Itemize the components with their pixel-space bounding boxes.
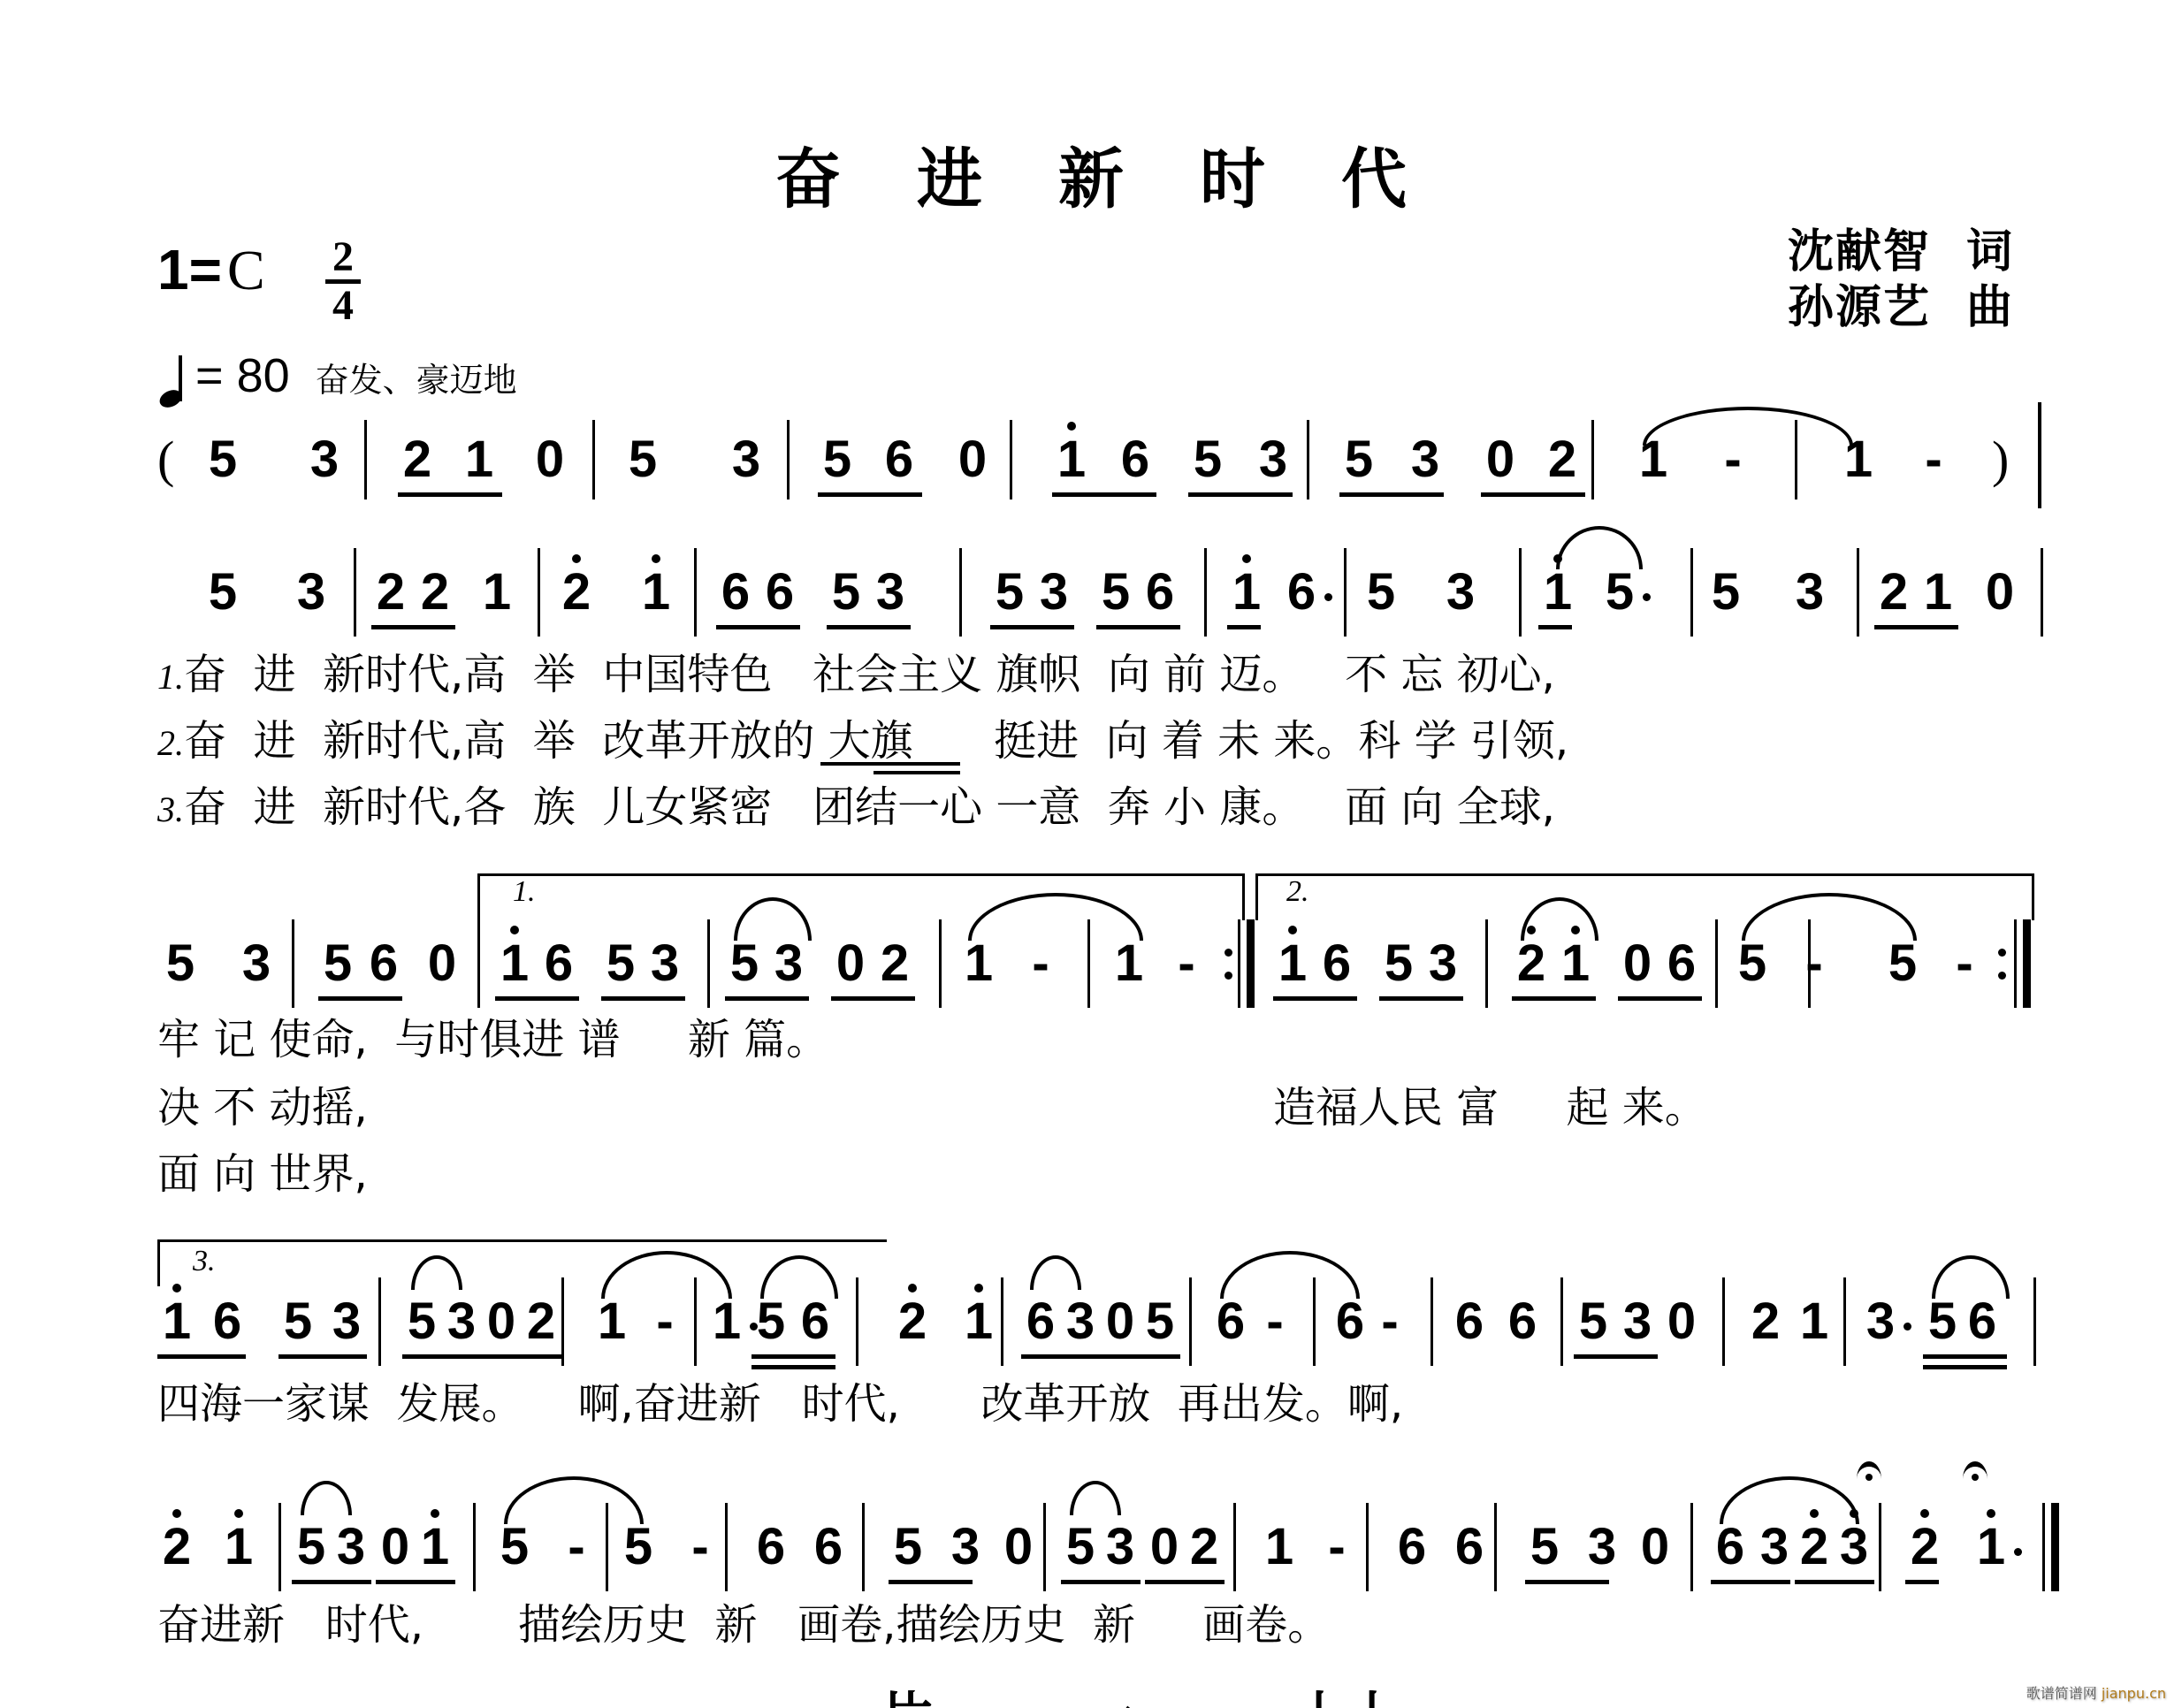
note-digit: 1 [965, 1292, 993, 1350]
note-digit: 5 [1579, 1292, 1607, 1350]
note: 1 [1538, 561, 1577, 623]
note: 5 [1141, 1291, 1179, 1353]
note-digit: 0 [536, 431, 564, 488]
note-digit: 1 [225, 1518, 253, 1575]
note-digit: 5 [1712, 563, 1740, 621]
note: 2 [1795, 1516, 1834, 1578]
beam-underline [818, 492, 922, 497]
note: 6 [1450, 1291, 1489, 1353]
note-digit: 6 [1121, 431, 1149, 488]
slur-tie [1220, 1251, 1360, 1299]
octave-dot-icon [510, 926, 519, 934]
key-note: C [227, 239, 265, 301]
note-digit: 2 [421, 563, 449, 621]
note: 1 [1273, 933, 1312, 995]
open-paren: ( [157, 429, 174, 491]
note-digit: 2 [1548, 431, 1576, 488]
repeat-dot [1225, 972, 1232, 980]
note: 1 [1972, 1516, 2010, 1578]
note: 1 [1919, 561, 1957, 623]
barline [278, 1503, 281, 1591]
beam-underline [1512, 996, 1596, 1001]
note: 5 [601, 933, 640, 995]
note-digit: - [1178, 934, 1194, 992]
note-digit: 3 [447, 1292, 476, 1350]
barline [473, 1503, 476, 1591]
note-digit: 6 [1336, 1292, 1364, 1350]
barline [959, 548, 962, 637]
barline [1238, 919, 1240, 1008]
note-digit: 3 [1760, 1518, 1789, 1575]
beam-underline [1101, 1354, 1180, 1359]
note: 3 [1583, 1516, 1621, 1578]
note: 1 [1110, 933, 1148, 995]
octave-dot-icon [1920, 1509, 1929, 1518]
note-digit: 5 [1102, 563, 1130, 621]
note: 1 [707, 1291, 746, 1353]
barline [862, 1503, 865, 1591]
note-digit: 5 [1385, 934, 1413, 992]
note: 5 [161, 933, 200, 995]
note-digit: 1 [500, 934, 529, 992]
note-digit: 3 [774, 934, 803, 992]
note: 6 [1392, 1516, 1431, 1578]
lyrics-ending-3: 面 向 世界, [157, 1149, 368, 1199]
beam-underline [1379, 996, 1463, 1001]
note: 5 [1574, 1291, 1613, 1353]
note-digit: 1 [1561, 934, 1590, 992]
note-digit: 5 [166, 934, 195, 992]
note: 6 [760, 561, 799, 623]
note-digit: 3 [310, 431, 339, 488]
dash-sustain: - [1167, 933, 1206, 995]
beam-underline [1481, 492, 1585, 497]
note-digit: - [1381, 1292, 1398, 1350]
beam-underline [371, 625, 455, 629]
octave-dot-icon [974, 1284, 983, 1292]
note: 5 [402, 1291, 441, 1353]
dash-sustain: - [1945, 933, 1984, 995]
time-signature: 2 4 [325, 237, 361, 326]
beam-underline [318, 996, 402, 1001]
note-digit: 2 [1517, 934, 1545, 992]
note-digit: 3 [1040, 563, 1068, 621]
note-digit: 5 [209, 563, 237, 621]
beam-underline [751, 1354, 835, 1359]
lyricist-name: 沈献智 [1788, 225, 1931, 278]
verse-text: 奋 进 新时代,高 举 改革开放的 大旗 挺进 向 着 未 来。科 学 引领, [184, 716, 1568, 766]
lyricist-role: 词 [1966, 225, 2014, 278]
note: 5 [1733, 933, 1772, 995]
note-digit: 6 [370, 934, 398, 992]
note: 5 [751, 1291, 790, 1353]
beam-underline [1923, 1354, 2007, 1359]
note: 3 [237, 933, 276, 995]
beam-underline [1227, 625, 1261, 629]
note: 5 [1362, 561, 1400, 623]
barline [1560, 1277, 1563, 1366]
beam-underline [889, 1580, 973, 1584]
note-digit: - [1032, 934, 1049, 992]
beam-underline [1525, 1580, 1609, 1584]
note-digit: 6 [1026, 1292, 1055, 1350]
dash-sustain: - [1795, 933, 1834, 995]
note: 5 [725, 933, 764, 995]
augmentation-dot-icon [2014, 1548, 2022, 1556]
rest-note: 0 [423, 933, 462, 995]
note-digit: 2 [1911, 1518, 1939, 1575]
note-digit: - [1956, 934, 1972, 992]
note-digit: - [1328, 1518, 1345, 1575]
note: 5 [1096, 561, 1135, 623]
beam-underline [716, 625, 800, 629]
note-digit: 6 [814, 1518, 843, 1575]
note: 6 [1450, 1516, 1489, 1578]
rest-note: 0 [1101, 1291, 1140, 1353]
barline [725, 1503, 728, 1591]
beam-underline [376, 1580, 455, 1584]
dash-sustain: - [1255, 1291, 1294, 1353]
note: 5 [990, 561, 1029, 623]
barline [1366, 1503, 1369, 1591]
note: 3 [332, 1516, 370, 1578]
note: 3 [442, 1291, 481, 1353]
note-digit: 1 [1800, 1292, 1828, 1350]
note: 6 [1503, 1291, 1542, 1353]
note-digit: 1 [1057, 431, 1086, 488]
barline [364, 420, 367, 499]
note-digit: 1 [465, 431, 493, 488]
note-digit: 3 [732, 431, 760, 488]
note-digit: 6 [1398, 1518, 1426, 1575]
cutoff-glyph: 片 [880, 1690, 933, 1708]
rest-note: 0 [1145, 1516, 1184, 1578]
note-digit: 3 [1066, 1292, 1095, 1350]
barline [1722, 1277, 1725, 1366]
note: 2 [398, 429, 437, 491]
note-digit: 5 [757, 1292, 785, 1350]
beam-underline [1711, 1580, 1790, 1584]
note-digit: 2 [1800, 1518, 1828, 1575]
note-digit: 0 [1486, 431, 1514, 488]
note-digit: 5 [832, 563, 860, 621]
note-digit: - [691, 1518, 708, 1575]
note-digit: 1 [713, 1292, 741, 1350]
barline [1344, 548, 1347, 637]
note-digit: 6 [1667, 934, 1696, 992]
dash-sustain: - [681, 1516, 720, 1578]
dash-sustain: - [557, 1516, 596, 1578]
tempo-marking: = 80 奋发、豪迈地 [156, 349, 517, 407]
time-sig-top: 2 [325, 237, 361, 278]
volta-bracket-1 [477, 873, 1245, 920]
beam-underline [725, 996, 809, 1001]
beam-underline [402, 1354, 482, 1359]
dash-sustain: - [1021, 933, 1060, 995]
note-digit: 6 [721, 563, 750, 621]
song-title: 奋进新时代 [0, 140, 2182, 219]
barline [1485, 919, 1488, 1008]
note-digit: 5 [1367, 563, 1395, 621]
volta-bracket-3 [157, 1239, 887, 1286]
repeat-dot [1225, 949, 1232, 957]
beam-underline [1273, 996, 1357, 1001]
watermark: 歌谱简谱网 jianpu.cn [2026, 1682, 2166, 1703]
beam-underline [292, 1580, 371, 1584]
rest-note: 0 [831, 933, 870, 995]
cutoff-glyph: 丨丨 [1293, 1690, 1399, 1708]
composer-role: 曲 [1966, 281, 2014, 334]
note: 6 [1021, 1291, 1060, 1353]
cutoff-glyph: 一 [1083, 1690, 1136, 1708]
beam-underline [827, 625, 911, 629]
rest-note: 0 [376, 1516, 415, 1578]
volta-number-1: 1. [513, 875, 536, 909]
note: 2 [522, 1291, 561, 1353]
note: 1 [477, 561, 516, 623]
beam-underline [482, 1354, 561, 1359]
note: 1 [1052, 429, 1091, 491]
note: 3 [1406, 429, 1445, 491]
note-digit: 5 [996, 563, 1024, 621]
barline [354, 548, 356, 637]
beam-underline [278, 1354, 367, 1359]
note-digit: 6 [766, 563, 794, 621]
note: 2 [1543, 429, 1582, 491]
note-digit: 5 [408, 1292, 436, 1350]
note-digit: 1 [483, 563, 511, 621]
octave-dot-icon [1242, 554, 1251, 563]
tempo-bpm: 80 [237, 349, 290, 402]
note: 5 [889, 1516, 927, 1578]
note: 2 [1185, 1516, 1224, 1578]
note-digit: 0 [958, 431, 987, 488]
note: 5 [1379, 933, 1418, 995]
note: 1 [592, 1291, 631, 1353]
note-digit: 0 [1641, 1518, 1669, 1575]
key-signature: 1=C [157, 239, 265, 301]
verse-text: 奋 进 新时代,高 举 中国特色 社会主义 旗帜 向 前 迈。 不 忘 初心, [184, 650, 1555, 699]
slur-tie [301, 1481, 352, 1515]
time-sig-bottom: 4 [325, 286, 361, 326]
barline [2042, 1503, 2045, 1591]
barline [1189, 1277, 1192, 1366]
note-digit: 1 [1265, 1518, 1293, 1575]
note: 2 [1746, 1291, 1785, 1353]
note-digit: 6 [1323, 934, 1351, 992]
note: 3 [1441, 561, 1480, 623]
lyrics-line-4: 奋进新 时代, 描绘历史 新 画卷,描绘历史 新 画卷。 [157, 1600, 1330, 1650]
note-digit: 0 [1986, 563, 2014, 621]
slur-tie [1030, 1255, 1081, 1290]
note: 5 [1188, 429, 1227, 491]
note: 1 [959, 1291, 998, 1353]
beam-underline [1574, 1354, 1658, 1359]
note-digit: 5 [1928, 1292, 1957, 1350]
note-digit: 3 [1259, 431, 1287, 488]
note-digit: - [656, 1292, 673, 1350]
rest-note: 0 [1618, 933, 1657, 995]
note-digit: 1 [598, 1292, 626, 1350]
rest-note: 0 [1481, 429, 1520, 491]
note-digit: 5 [1066, 1518, 1095, 1575]
beam-underline [601, 996, 685, 1001]
note: 5 [292, 1516, 331, 1578]
note: 5 [619, 1516, 658, 1578]
octave-dot-icon [572, 554, 581, 563]
beam-underline [1096, 625, 1180, 629]
slur-tie [1556, 526, 1643, 569]
beam-underline [990, 625, 1074, 629]
note-digit: 0 [428, 934, 456, 992]
note: 1 [495, 933, 534, 995]
octave-dot-icon [234, 1509, 243, 1518]
lyrics-ending-2: 决 不 动摇, [157, 1083, 368, 1132]
note-digit: 3 [1840, 1518, 1868, 1575]
note-digit: 0 [1623, 934, 1652, 992]
note-digit: 6 [757, 1518, 785, 1575]
fermata-icon [1857, 1461, 1881, 1479]
octave-dot-icon [1987, 1509, 1995, 1518]
note-digit: 2 [377, 563, 405, 621]
note-digit: 6 [1968, 1292, 1996, 1350]
barline [1857, 548, 1859, 637]
beam-underline [1874, 625, 1958, 629]
note-digit: 3 [1866, 1292, 1895, 1350]
verse-number: 2. [157, 723, 184, 763]
note-digit: 1 [421, 1518, 449, 1575]
note-digit: 2 [562, 563, 591, 621]
beam-underline [1339, 492, 1444, 497]
rest-note: 0 [953, 429, 992, 491]
octave-dot-icon [1067, 422, 1076, 431]
note: 5 [1061, 1516, 1100, 1578]
note-digit: 1 [1924, 563, 1952, 621]
note-digit: 1 [163, 1292, 191, 1350]
note-digit: 5 [284, 1292, 312, 1350]
barline [561, 1277, 564, 1366]
note-digit: 1 [1232, 563, 1261, 621]
barline [1204, 548, 1207, 637]
note: 6 [1317, 933, 1356, 995]
lyrics-verse-3: 3.奋 进 新时代,各 族 儿女紧密 团结一心 一意 奔 小 康。 面 向 全球… [157, 782, 1555, 835]
note-digit: 5 [1738, 934, 1766, 992]
note-digit: 0 [1667, 1292, 1696, 1350]
barline [538, 548, 540, 637]
slur-tie [1720, 1476, 1859, 1524]
lyrics-verse-2: 2.奋 进 新时代,高 举 改革开放的 大旗 挺进 向 着 未 来。科 学 引领… [157, 716, 1568, 768]
lyrics-line-3: 四海一家谋 发展。 啊,奋进新 时代, 改革开放 再出发。啊, [157, 1379, 1403, 1429]
note-digit: 3 [651, 934, 679, 992]
note: 1 [460, 429, 499, 491]
octave-dot-icon [652, 554, 660, 563]
barline [1431, 1277, 1433, 1366]
note: 3 [645, 933, 684, 995]
note: 6 [1116, 429, 1155, 491]
note-digit: 3 [297, 563, 325, 621]
repeat-dot [1998, 949, 2006, 957]
note: 6 [809, 1516, 848, 1578]
note-digit: 3 [1588, 1518, 1616, 1575]
barline [939, 919, 942, 1008]
beam-underline [1188, 492, 1293, 497]
barline [707, 919, 710, 1008]
note-digit: 6 [1217, 1292, 1245, 1350]
note: 5 [1525, 1516, 1564, 1578]
slur-tie [1643, 407, 1853, 446]
note: 5 [203, 561, 242, 623]
note: 6 [539, 933, 578, 995]
note: 6 [1211, 1291, 1250, 1353]
note-digit: 5 [1146, 1292, 1174, 1350]
note: 2 [371, 561, 410, 623]
composer-credit: 孙源艺 曲 [1788, 281, 2014, 334]
note-digit: 3 [242, 934, 271, 992]
note: 3 [871, 561, 910, 623]
note-digit: 6 [1508, 1292, 1537, 1350]
note: 6 [796, 1291, 835, 1353]
note: 1 [157, 1291, 196, 1353]
note-digit: 2 [898, 1292, 927, 1350]
note: 2 [875, 933, 914, 995]
note: 3 [1790, 561, 1829, 623]
note-digit: 1 [1544, 563, 1572, 621]
quarter-note-icon [156, 354, 182, 407]
note: 6 [880, 429, 919, 491]
note-digit: 5 [823, 431, 851, 488]
barline [1690, 548, 1693, 637]
lyrics-verse-1: 1.奋 进 新时代,高 举 中国特色 社会主义 旗帜 向 前 迈。 不 忘 初心… [157, 650, 1555, 702]
barline [1843, 1277, 1846, 1366]
note-digit: 3 [1429, 934, 1457, 992]
beam-underline [1052, 492, 1156, 497]
note-digit: 5 [629, 431, 657, 488]
key-label: 1= [157, 238, 222, 301]
note-digit: 5 [1345, 431, 1373, 488]
note-digit: 2 [1751, 1292, 1780, 1350]
note-digit: 5 [297, 1518, 325, 1575]
note-digit: 3 [876, 563, 904, 621]
note: 5 [318, 933, 357, 995]
beam-underline [1145, 1580, 1225, 1584]
rest-note: 0 [1980, 561, 2019, 623]
note: 5 [1600, 561, 1639, 623]
note-digit: 6 [801, 1292, 829, 1350]
barline [592, 420, 595, 499]
rest-note: 0 [482, 1291, 521, 1353]
note-digit: 3 [332, 1292, 361, 1350]
note: 6 [1963, 1291, 2002, 1353]
note: 5 [1339, 429, 1378, 491]
barline [1715, 919, 1718, 1008]
note: 6 [1141, 561, 1179, 623]
expression-marking: 奋发、豪迈地 [316, 361, 517, 400]
note-digit: 2 [1880, 563, 1908, 621]
lyrics-ending-1: 牢 记 使命, 与时俱进 谱 新 篇。 [157, 1015, 828, 1064]
slur-tie [1070, 1481, 1121, 1515]
note-digit: 0 [1106, 1292, 1134, 1350]
note-digit: 5 [1530, 1518, 1559, 1575]
barline [1010, 420, 1012, 499]
note-digit: 3 [337, 1518, 365, 1575]
note-digit: 0 [1004, 1518, 1033, 1575]
note-digit: 6 [1146, 563, 1174, 621]
lyricist-credit: 沈献智 词 [1788, 225, 2014, 278]
note: 3 [946, 1516, 985, 1578]
note: 3 [1861, 1291, 1900, 1353]
slur-tie [1932, 1255, 2010, 1299]
note-digit: 5 [209, 431, 237, 488]
